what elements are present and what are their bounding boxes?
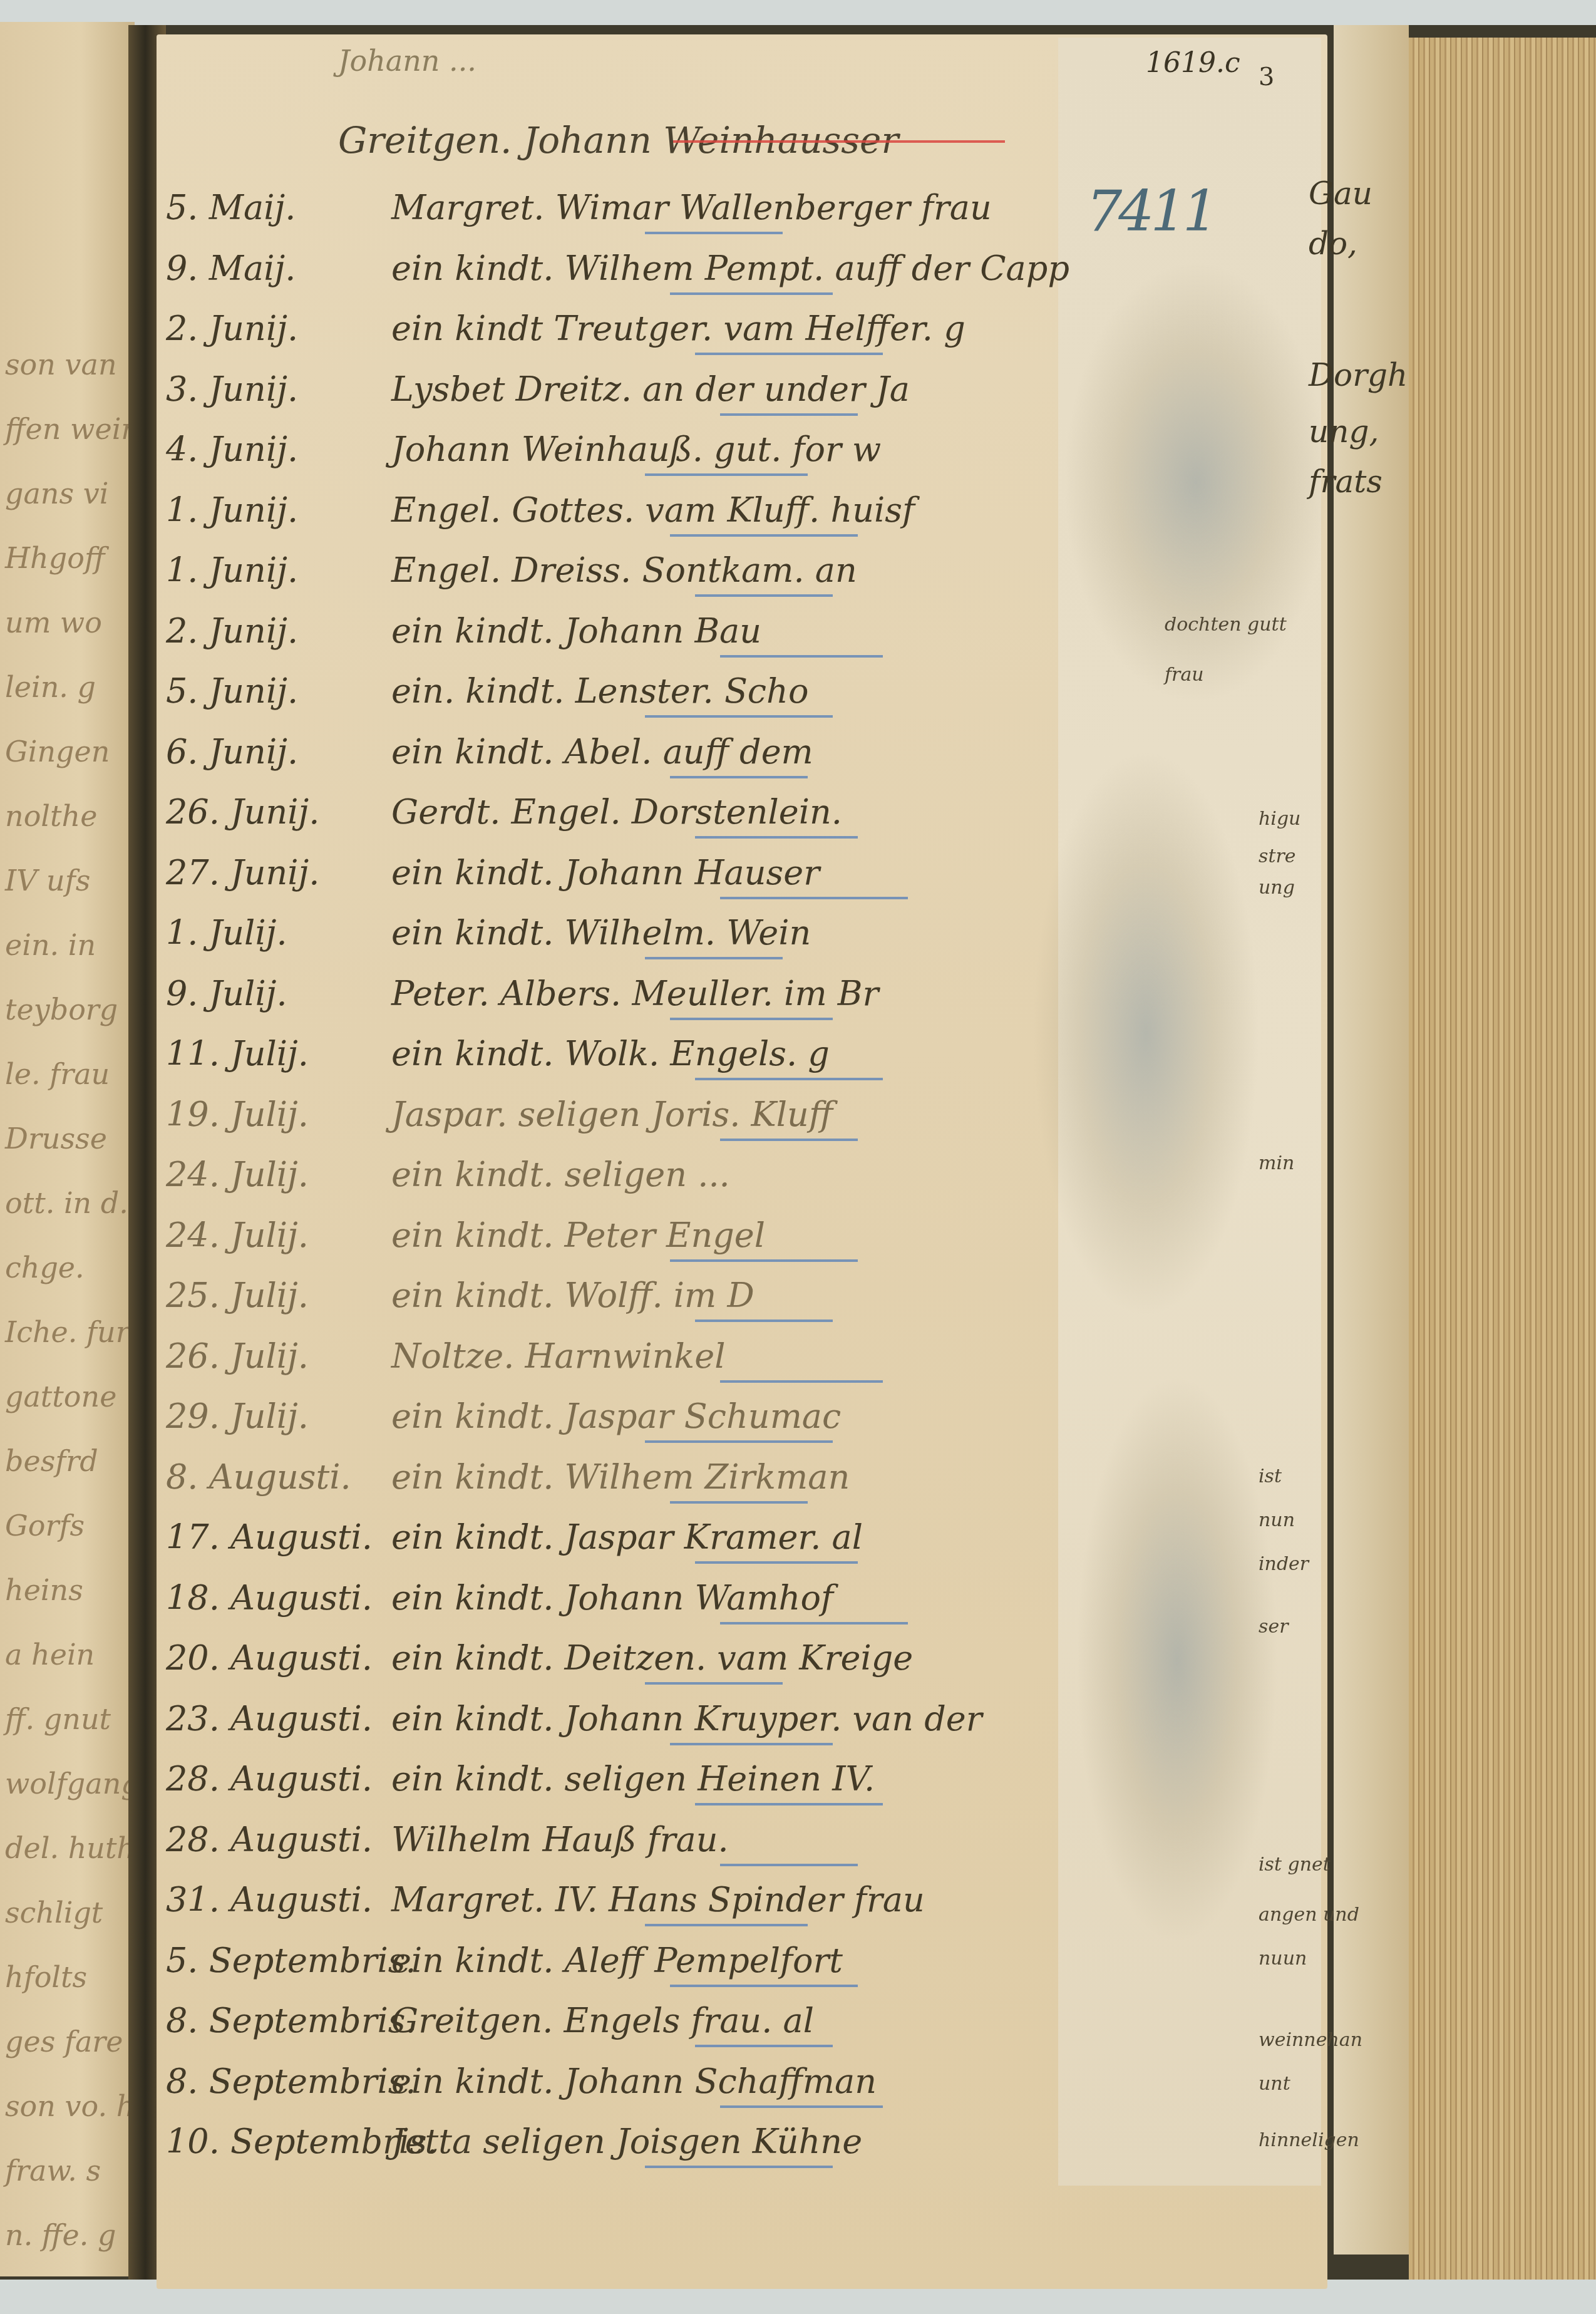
blue-pencil-underline	[695, 1320, 833, 1322]
entry-text: Wilhelm Hauß frau.	[391, 1820, 729, 1859]
blue-pencil-underline	[720, 1864, 858, 1866]
margin-note: Dorgh	[1309, 357, 1408, 393]
folio-number: 3	[1259, 63, 1274, 91]
margin-note: inder	[1259, 1553, 1309, 1575]
left-page-fragment: besfrd	[5, 1444, 98, 1478]
left-page-fragment: Iche. fur	[5, 1315, 130, 1349]
left-page-fragment: fraw. s	[5, 2154, 101, 2187]
blue-pencil-underline	[720, 655, 883, 658]
left-page-fragment: ein. in	[5, 928, 96, 962]
margin-note: angen und	[1259, 1904, 1359, 1926]
entry-date: 18. Augusti.	[166, 1578, 391, 1618]
left-page-fragment: chge.	[5, 1251, 85, 1284]
margin-note: ist	[1259, 1465, 1282, 1487]
left-page-fragment: Drusse	[5, 1122, 107, 1155]
blue-pencil-underline	[645, 1682, 783, 1685]
left-page-fragment: del. huth	[5, 1831, 135, 1865]
entry-date: 20. Augusti.	[166, 1638, 391, 1678]
register-entry: 27. Junij.ein kindt. Johann Hauser	[166, 853, 820, 892]
entry-text: Jaspar. seligen Joris. Kluff	[391, 1095, 833, 1134]
margin-note: higu	[1259, 808, 1300, 830]
entry-text: ein kindt. Johann Wamhof	[391, 1578, 833, 1618]
pencil-archive-mark: 7411	[1086, 178, 1215, 244]
register-entry: 10. Septembris.Jetta seligen Joisgen Küh…	[166, 2122, 862, 2161]
left-page-fragment: n. ffe. g	[5, 2218, 116, 2252]
entry-text: ein kindt. seligen ...	[391, 1155, 730, 1194]
water-stain	[1033, 752, 1259, 1315]
register-entry: 26. Julij.Noltze. Harnwinkel	[166, 1336, 726, 1376]
entry-text: ein kindt. Johann Kruyper. van der	[391, 1699, 982, 1738]
blue-pencil-underline	[670, 776, 808, 778]
blue-pencil-underline	[645, 232, 783, 234]
entry-date: 26. Junij.	[166, 792, 391, 832]
header-faint-line: Johann ...	[338, 44, 476, 78]
water-stain	[1077, 1378, 1277, 1941]
blue-pencil-underline	[670, 534, 858, 537]
blue-pencil-underline	[670, 1018, 833, 1020]
left-page-fragment: le. frau	[5, 1057, 110, 1091]
blue-pencil-underline	[720, 1380, 883, 1383]
register-entry: 2. Junij.ein kindt. Johann Bau	[166, 611, 761, 651]
left-page-fragment: Hhgoff	[5, 541, 105, 575]
entry-text: Greitgen. Engels frau. al	[391, 2001, 814, 2040]
entry-date: 31. Augusti.	[166, 1880, 391, 1919]
blue-pencil-underline	[695, 1561, 858, 1564]
blue-pencil-underline	[720, 2105, 883, 2108]
entry-text: ein kindt. Peter Engel	[391, 1216, 765, 1255]
left-page-fragment: son van	[5, 348, 117, 381]
left-page-fragment: ff. gnut	[5, 1702, 111, 1736]
red-underline	[673, 140, 1005, 143]
entry-date: 26. Julij.	[166, 1336, 391, 1376]
register-entry: 1. Junij.Engel. Dreiss. Sontkam. an	[166, 550, 857, 590]
left-page-fragment: gans vi	[5, 477, 108, 510]
margin-note: ung,	[1309, 413, 1379, 450]
entry-date: 19. Julij.	[166, 1095, 391, 1134]
entry-date: 8. Augusti.	[166, 1457, 391, 1497]
register-entry: 28. Augusti.Wilhelm Hauß frau.	[166, 1820, 729, 1859]
entry-text: Jetta seligen Joisgen Kühne	[391, 2122, 862, 2161]
entry-text: ein kindt. Aleff Pempelfort	[391, 1941, 843, 1980]
register-entry: 5. Maij.Margret. Wimar Wallenberger frau	[166, 188, 992, 227]
fore-edge-page-block	[1409, 38, 1596, 2280]
blue-pencil-underline	[695, 594, 833, 597]
margin-note: unt	[1259, 2073, 1290, 2095]
entry-date: 3. Junij.	[166, 369, 391, 409]
left-page-fragment: schligt	[5, 1896, 103, 1929]
register-entry: 9. Maij.ein kindt. Wilhem Pempt. auff de…	[166, 249, 1069, 288]
blue-pencil-underline	[645, 715, 833, 718]
entry-date: 17. Augusti.	[166, 1517, 391, 1557]
left-page-fragment: heins	[5, 1573, 83, 1607]
margin-note: hinneligen	[1259, 2129, 1359, 2151]
register-entry: 26. Junij.Gerdt. Engel. Dorstenlein.	[166, 792, 842, 832]
register-entry: 20. Augusti.ein kindt. Deitzen. vam Krei…	[166, 1638, 913, 1678]
margin-note: ist gnet	[1259, 1854, 1331, 1876]
blue-pencil-underline	[670, 1985, 858, 1987]
entry-text: Margret. Wimar Wallenberger frau	[391, 188, 992, 227]
left-page-fragment: teyborg	[5, 993, 118, 1026]
entry-text: ein kindt. Johann Hauser	[391, 853, 820, 892]
entry-date: 11. Julij.	[166, 1034, 391, 1073]
margin-note: frats	[1309, 463, 1382, 500]
blue-pencil-underline	[695, 2045, 833, 2047]
folio-label: 1619.c	[1146, 47, 1240, 79]
entry-text: ein kindt. seligen Heinen IV.	[391, 1759, 875, 1799]
entry-text: ein kindt. Abel. auff dem	[391, 732, 813, 772]
register-entry: 8. Septembris.ein kindt. Johann Schaffma…	[166, 2062, 877, 2101]
margin-note: weinnehan	[1259, 2029, 1362, 2051]
entry-text: ein kindt. Wolff. im D	[391, 1276, 754, 1315]
entry-date: 2. Junij.	[166, 611, 391, 651]
register-entry: 2. Junij.ein kindt Treutger. vam Helffer…	[166, 309, 965, 348]
left-page-fragment: IV ufs	[5, 864, 90, 897]
register-entry: 4. Junij.Johann Weinhauß. gut. for w	[166, 430, 881, 469]
entry-text: ein kindt. Wilhem Zirkman	[391, 1457, 850, 1497]
entry-date: 8. Septembris.	[166, 2062, 391, 2101]
register-entry: 5. Junij.ein. kindt. Lenster. Scho	[166, 671, 808, 711]
blue-pencil-underline	[720, 413, 858, 416]
left-page-fragment: hfolts	[5, 1960, 87, 1994]
entry-date: 24. Julij.	[166, 1216, 391, 1255]
left-page-fragment: ges fare	[5, 2025, 123, 2058]
left-page-fragment: a hein	[5, 1638, 95, 1671]
margin-note: dochten gutt	[1165, 614, 1287, 636]
register-entry: 18. Augusti.ein kindt. Johann Wamhof	[166, 1578, 833, 1618]
entry-date: 28. Augusti.	[166, 1759, 391, 1799]
register-entry: 1. Julij.ein kindt. Wilhelm. Wein	[166, 913, 811, 953]
entry-date: 5. Septembris.	[166, 1941, 391, 1980]
register-entry: 28. Augusti.ein kindt. seligen Heinen IV…	[166, 1759, 875, 1799]
entry-date: 1. Julij.	[166, 913, 391, 953]
register-entry: 19. Julij.Jaspar. seligen Joris. Kluff	[166, 1095, 833, 1134]
entry-text: ein kindt. Jaspar Kramer. al	[391, 1517, 863, 1557]
register-entry: 11. Julij.ein kindt. Wolk. Engels. g	[166, 1034, 830, 1073]
entry-text: Johann Weinhauß. gut. for w	[391, 430, 881, 469]
entry-date: 29. Julij.	[166, 1397, 391, 1436]
margin-note: frau	[1165, 664, 1204, 686]
entry-text: Engel. Dreiss. Sontkam. an	[391, 550, 857, 590]
entry-text: Gerdt. Engel. Dorstenlein.	[391, 792, 842, 832]
blue-pencil-underline	[645, 1924, 808, 1926]
entry-date: 5. Junij.	[166, 671, 391, 711]
entry-date: 24. Julij.	[166, 1155, 391, 1194]
entry-date: 6. Junij.	[166, 732, 391, 772]
entry-date: 1. Junij.	[166, 550, 391, 590]
register-entry: 1. Junij.Engel. Gottes. vam Kluff. huisf	[166, 490, 915, 530]
entry-date: 9. Julij.	[166, 974, 391, 1013]
blue-pencil-underline	[645, 1440, 833, 1443]
register-entry: 24. Julij.ein kindt. seligen ...	[166, 1155, 730, 1194]
entry-date: 2. Junij.	[166, 309, 391, 348]
blue-pencil-underline	[695, 353, 883, 355]
entry-text: Margret. IV. Hans Spinder frau	[391, 1880, 925, 1919]
entry-text: ein kindt. Wilhem Pempt. auff der Capp	[391, 249, 1069, 288]
blue-pencil-underline	[720, 1139, 858, 1141]
water-stain	[1064, 263, 1327, 701]
register-entry: 24. Julij.ein kindt. Peter Engel	[166, 1216, 765, 1255]
entry-text: ein kindt. Jaspar Schumac	[391, 1397, 841, 1436]
margin-note: nun	[1259, 1509, 1295, 1531]
blue-pencil-underline	[645, 2166, 833, 2168]
entry-text: ein kindt. Wilhelm. Wein	[391, 913, 811, 953]
register-entry: 6. Junij.ein kindt. Abel. auff dem	[166, 732, 813, 772]
register-entry: 3. Junij.Lysbet Dreitz. an der under Ja	[166, 369, 910, 409]
register-entry: 8. Septembris.Greitgen. Engels frau. al	[166, 2001, 814, 2040]
blue-pencil-underline	[670, 1743, 833, 1745]
blue-pencil-underline	[720, 897, 908, 899]
blue-pencil-underline	[645, 473, 808, 476]
left-page-fragment: wolfgang	[5, 1767, 140, 1800]
entry-text: ein kindt. Wolk. Engels. g	[391, 1034, 830, 1073]
entry-text: ein kindt. Deitzen. vam Kreige	[391, 1638, 913, 1678]
entry-date: 1. Junij.	[166, 490, 391, 530]
margin-note: do,	[1309, 225, 1357, 262]
blue-pencil-underline	[695, 1803, 883, 1805]
left-page-fragment: Gorfs	[5, 1509, 85, 1542]
blue-pencil-underline	[645, 957, 783, 959]
entry-date: 9. Maij.	[166, 249, 391, 288]
entry-text: Noltze. Harnwinkel	[391, 1336, 726, 1376]
blue-pencil-underline	[670, 1501, 808, 1504]
entry-text: ein kindt Treutger. vam Helffer. g	[391, 309, 965, 348]
entry-text: Peter. Albers. Meuller. im Br	[391, 974, 878, 1013]
entry-text: Engel. Gottes. vam Kluff. huisf	[391, 490, 915, 530]
register-entry: 17. Augusti.ein kindt. Jaspar Kramer. al	[166, 1517, 863, 1557]
blue-pencil-underline	[720, 1622, 908, 1624]
left-page-verso: son vanffen weingans viHhgoffum wolein. …	[0, 22, 135, 2276]
left-page-fragment: lein. g	[5, 670, 96, 704]
margin-note: ung	[1259, 877, 1295, 899]
register-entry: 8. Augusti.ein kindt. Wilhem Zirkman	[166, 1457, 850, 1497]
margin-note: nuun	[1259, 1948, 1307, 1970]
entry-date: 28. Augusti.	[166, 1820, 391, 1859]
entry-date: 27. Junij.	[166, 853, 391, 892]
entry-date: 25. Julij.	[166, 1276, 391, 1315]
entry-text: ein kindt. Johann Bau	[391, 611, 761, 651]
margin-note: stre	[1259, 845, 1296, 867]
left-page-fragment: nolthe	[5, 799, 97, 833]
register-entry: 23. Augusti.ein kindt. Johann Kruyper. v…	[166, 1699, 982, 1738]
register-entry: 29. Julij.ein kindt. Jaspar Schumac	[166, 1397, 841, 1436]
left-page-fragment: um wo	[5, 606, 102, 639]
register-entry: 25. Julij.ein kindt. Wolff. im D	[166, 1276, 754, 1315]
left-page-fragment: son vo. h	[5, 2089, 135, 2123]
entry-text: Lysbet Dreitz. an der under Ja	[391, 369, 910, 409]
register-entry: 9. Julij.Peter. Albers. Meuller. im Br	[166, 974, 878, 1013]
blue-pencil-underline	[695, 1078, 883, 1080]
blue-pencil-underline	[695, 836, 858, 839]
left-page-fragment: gattone	[5, 1380, 116, 1413]
blue-pencil-underline	[670, 292, 833, 295]
margin-note: Gau	[1309, 175, 1372, 212]
entry-text: ein kindt. Johann Schaffman	[391, 2062, 877, 2101]
entry-date: 5. Maij.	[166, 188, 391, 227]
margin-note: min	[1259, 1152, 1294, 1174]
margin-note: ser	[1259, 1616, 1289, 1638]
blue-pencil-underline	[670, 1259, 858, 1262]
left-page-fragment: ffen wein	[5, 412, 140, 446]
left-page-fragment: Gingen	[5, 735, 110, 768]
entry-date: 10. Septembris.	[166, 2122, 391, 2161]
entry-date: 8. Septembris.	[166, 2001, 391, 2040]
register-entry: 5. Septembris.ein kindt. Aleff Pempelfor…	[166, 1941, 843, 1980]
entry-text: ein. kindt. Lenster. Scho	[391, 671, 808, 711]
entry-date: 4. Junij.	[166, 430, 391, 469]
entry-date: 23. Augusti.	[166, 1699, 391, 1738]
register-entry: 31. Augusti.Margret. IV. Hans Spinder fr…	[166, 1880, 925, 1919]
